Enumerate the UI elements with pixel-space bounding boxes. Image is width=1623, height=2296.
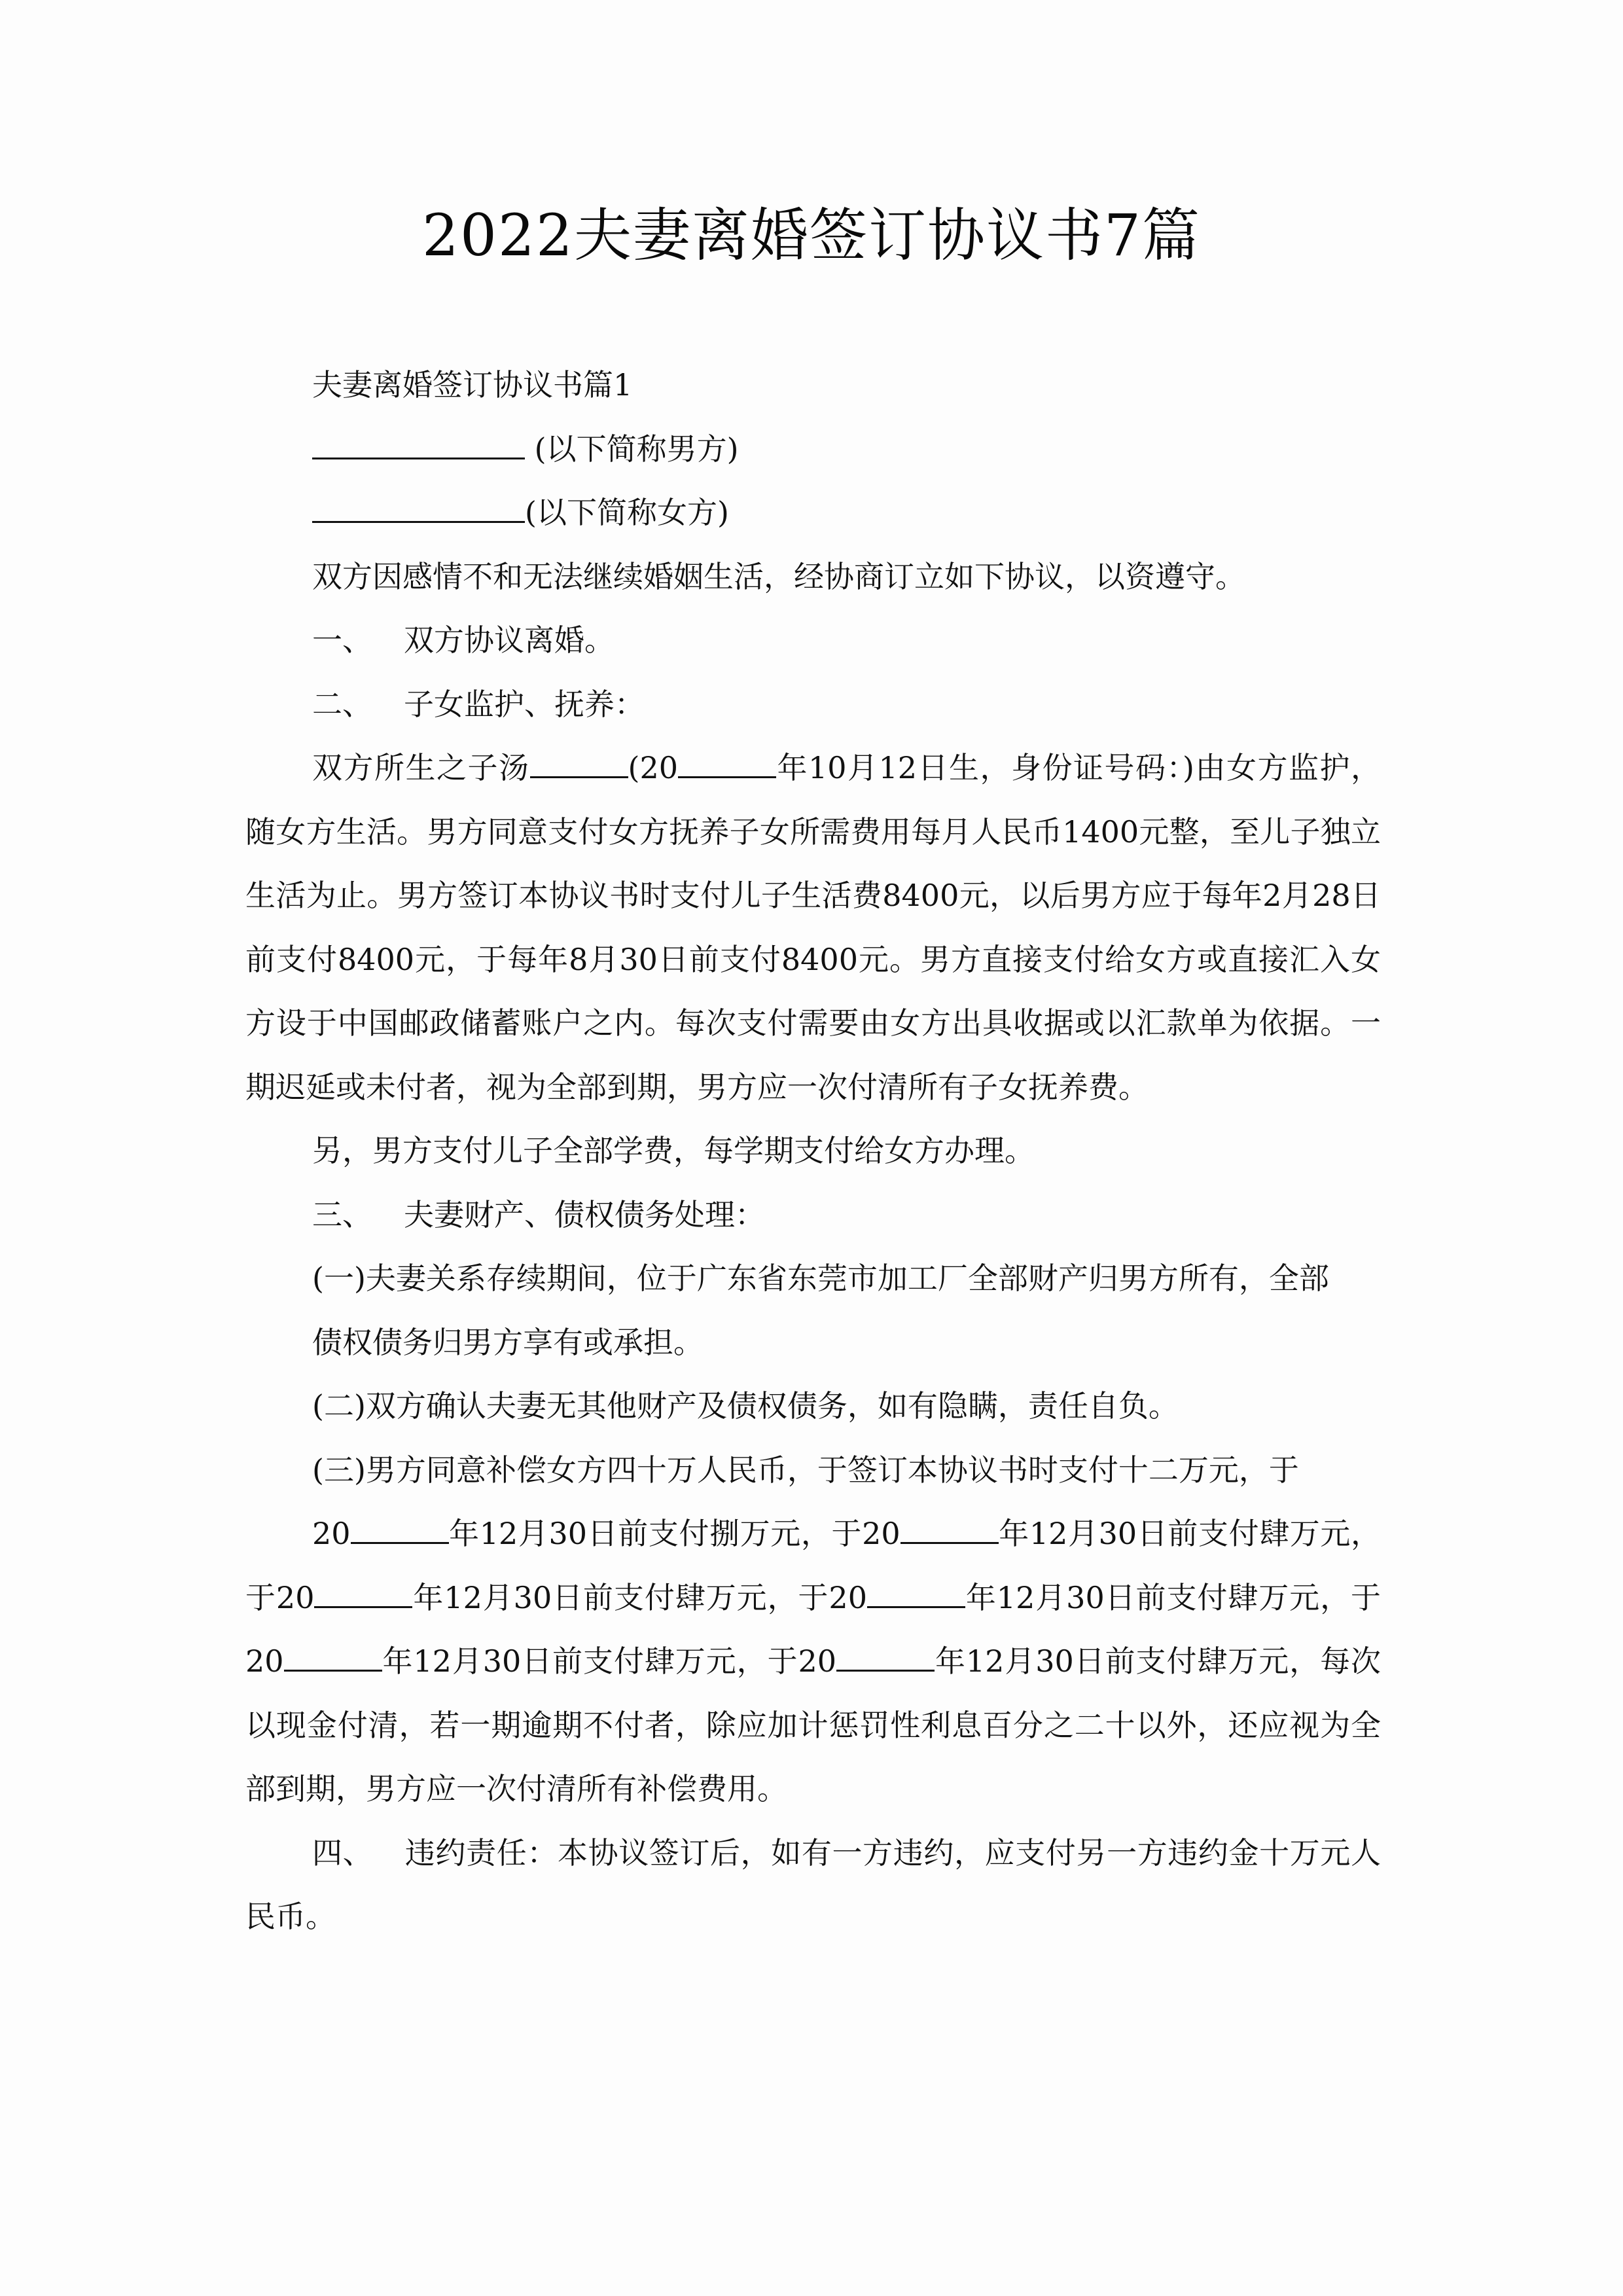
payment-3-prefix: 20 — [276, 1580, 315, 1615]
document-body: 夫妻离婚签订协议书篇1 (以下简称男方) (以下简称女方) 双方因感情不和无法继… — [245, 353, 1381, 1949]
payment-schedule: 20年12月30日前支付捌万元，于20年12月30日前支付肆万元，于20年12月… — [245, 1502, 1381, 1821]
clause-1-text: 双方协议离婚。 — [404, 622, 615, 658]
party-female-line: (以下简称女方) — [245, 481, 1381, 545]
payment-3-text: 年12月30日前支付肆万元，于 — [412, 1580, 829, 1615]
payment-5-year-blank — [284, 1641, 382, 1672]
payment-6-year-blank — [836, 1641, 935, 1672]
birth-year-blank — [678, 747, 776, 778]
female-name-blank — [312, 492, 525, 523]
clause-3: 三、夫妻财产、债权债务处理： — [245, 1183, 1381, 1247]
custody-text-2: (20 — [628, 750, 678, 785]
property-item-1: (一)夫妻关系存续期间，位于广东省东莞市加工厂全部财产归男方所有，全部 — [245, 1247, 1381, 1311]
payment-1-prefix: 20 — [312, 1516, 351, 1551]
male-name-blank — [312, 429, 525, 459]
document-page: 2022夫妻离婚签订协议书7篇 夫妻离婚签订协议书篇1 (以下简称男方) (以下… — [0, 0, 1623, 2296]
property-item-2: (二)双方确认夫妻无其他财产及债权债务，如有隐瞒，责任自负。 — [245, 1374, 1381, 1439]
clause-2-text: 子女监护、抚养： — [404, 687, 645, 722]
party-female-suffix: (以下简称女方) — [525, 495, 729, 530]
property-item-1-cont: 债权债务归男方享有或承担。 — [245, 1311, 1381, 1375]
payment-1-text: 年12月30日前支付捌万元，于 — [449, 1516, 863, 1551]
party-male-line: (以下简称男方) — [245, 418, 1381, 482]
intro-paragraph: 双方因感情不和无法继续婚姻生活，经协商订立如下协议，以资遵守。 — [245, 545, 1381, 609]
tuition-paragraph: 另，男方支付儿子全部学费，每学期支付给女方办理。 — [245, 1119, 1381, 1183]
payment-4-year-blank — [867, 1577, 965, 1608]
clause-4-number: 四、 — [312, 1835, 373, 1871]
payment-2-year-blank — [901, 1513, 999, 1544]
payment-2-prefix: 20 — [862, 1516, 901, 1551]
clause-3-number: 三、 — [312, 1197, 372, 1232]
payment-6-text: 年12月30日前支付肆万元， — [935, 1643, 1320, 1679]
property-item-3: (三)男方同意补偿女方四十万人民币，于签订本协议书时支付十二万元，于 — [245, 1439, 1381, 1503]
payment-4-text: 年12月30日前支付肆万元，于 — [965, 1580, 1381, 1615]
section-heading: 夫妻离婚签订协议书篇1 — [245, 353, 1381, 418]
custody-paragraph: 双方所生之子汤(20年10月12日生，身份证号码：)由女方监护，随女方生活。男方… — [245, 736, 1381, 1119]
clause-3-text: 夫妻财产、债权债务处理： — [404, 1197, 765, 1232]
payment-3-year-blank — [314, 1577, 412, 1608]
party-male-suffix: (以下简称男方) — [535, 431, 739, 467]
clause-2: 二、子女监护、抚养： — [245, 673, 1381, 737]
payment-5-text: 年12月30日前支付肆万元，于 — [382, 1643, 798, 1679]
payment-1-year-blank — [351, 1513, 449, 1544]
clause-1-number: 一、 — [312, 622, 372, 658]
clause-1: 一、双方协议离婚。 — [245, 609, 1381, 673]
clause-2-number: 二、 — [312, 687, 372, 722]
payment-6-prefix: 20 — [798, 1643, 837, 1679]
payment-4-prefix: 20 — [829, 1580, 867, 1615]
payment-5-prefix: 20 — [245, 1643, 284, 1679]
clause-4-text: 违约责任：本协议签订后，如有一方违约，应支付另一方违约金十万元人民币。 — [245, 1835, 1381, 1935]
custody-text-3: 年10月12日生，身份证号码：)由女方监护，随女方生活。男方同意支付女方抚养子女… — [245, 750, 1381, 1105]
child-name-blank — [530, 747, 628, 778]
custody-text-1: 双方所生之子汤 — [312, 750, 530, 785]
document-title: 2022夫妻离婚签订协议书7篇 — [0, 196, 1623, 275]
clause-4: 四、违约责任：本协议签订后，如有一方违约，应支付另一方违约金十万元人民币。 — [245, 1821, 1381, 1949]
